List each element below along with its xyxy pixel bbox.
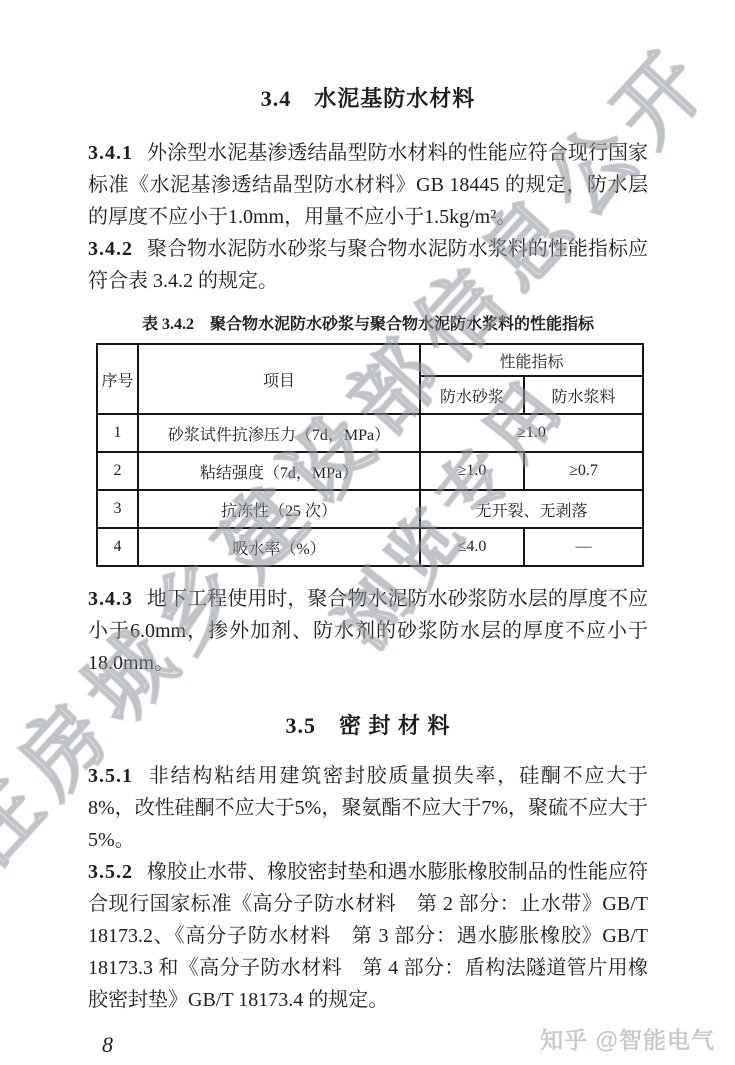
clause-3-5-1-number: 3.5.1 <box>88 765 133 787</box>
table-row: 2 粘结强度（7d，MPa） ≥1.0 ≥0.7 <box>97 452 643 490</box>
row4-item: 吸水率（%） <box>138 528 420 566</box>
clause-3-4-1-number: 3.4.1 <box>88 142 133 164</box>
clause-3-4-1-text: 外涂型水泥基渗透结晶型防水材料的性能应符合现行国家标准《水泥基渗透结晶型防水材料… <box>88 142 648 228</box>
table-row: 4 吸水率（%） ≤4.0 — <box>97 528 643 566</box>
table-header-item: 项目 <box>138 344 420 414</box>
row2-slurry-value: ≥0.7 <box>524 452 643 490</box>
row2-no: 2 <box>97 452 138 490</box>
row1-no: 1 <box>97 414 138 452</box>
clause-3-5-2: 3.5.2橡胶止水带、橡胶密封垫和遇水膨胀橡胶制品的性能应符合现行国家标准《高分… <box>88 856 648 1016</box>
row3-value: 无开裂、无剥落 <box>420 490 643 528</box>
document-page: 住房城乡建设部信息公开 浏览专用 3.4 水泥基防水材料 3.4.1外涂型水泥基… <box>0 0 735 1065</box>
table-3-4-2: 序号 项目 性能指标 防水砂浆 防水浆料 1 砂浆试件抗渗压力（7d，MPa） … <box>96 343 644 567</box>
table-3-4-2-caption: 表 3.4.2 聚合物水泥防水砂浆与聚合物水泥防水浆料的性能指标 <box>88 311 648 334</box>
clause-3-4-1: 3.4.1外涂型水泥基渗透结晶型防水材料的性能应符合现行国家标准《水泥基渗透结晶… <box>88 137 648 233</box>
table-header-performance-index: 性能指标 <box>420 344 643 376</box>
clause-3-4-3-text: 地下工程使用时，聚合物水泥防水砂浆防水层的厚度不应小于6.0mm，掺外加剂、防水… <box>88 588 648 674</box>
clause-3-5-2-number: 3.5.2 <box>88 861 133 883</box>
row4-slurry-value: — <box>524 528 643 566</box>
clause-3-5-1: 3.5.1非结构粘结用建筑密封胶质量损失率，硅酮不应大于8%，改性硅酮不应大于5… <box>88 760 648 856</box>
table-row: 1 砂浆试件抗渗压力（7d，MPa） ≥1.0 <box>97 414 643 452</box>
clause-3-4-3: 3.4.3地下工程使用时，聚合物水泥防水砂浆防水层的厚度不应小于6.0mm，掺外… <box>88 583 648 679</box>
row4-mortar-value: ≤4.0 <box>420 528 524 566</box>
row4-no: 4 <box>97 528 138 566</box>
row3-no: 3 <box>97 490 138 528</box>
row1-value: ≥1.0 <box>420 414 643 452</box>
clause-3-4-2-number: 3.4.2 <box>88 238 133 260</box>
row2-item: 粘结强度（7d，MPa） <box>138 452 420 490</box>
clause-3-5-2-text: 橡胶止水带、橡胶密封垫和遇水膨胀橡胶制品的性能应符合现行国家标准《高分子防水材料… <box>88 861 648 1011</box>
clause-3-4-2-text: 聚合物水泥防水砂浆与聚合物水泥防水浆料的性能指标应符合表 3.4.2 的规定。 <box>88 238 648 292</box>
row3-item: 抗冻性（25 次） <box>138 490 420 528</box>
page-content: 3.4 水泥基防水材料 3.4.1外涂型水泥基渗透结晶型防水材料的性能应符合现行… <box>88 82 648 1058</box>
clause-3-4-2: 3.4.2聚合物水泥防水砂浆与聚合物水泥防水浆料的性能指标应符合表 3.4.2 … <box>88 233 648 297</box>
row2-mortar-value: ≥1.0 <box>420 452 524 490</box>
section-3-4-title: 3.4 水泥基防水材料 <box>88 82 648 113</box>
section-3-5-title: 3.5 密 封 材 料 <box>88 709 648 740</box>
row1-item: 砂浆试件抗渗压力（7d，MPa） <box>138 414 420 452</box>
clause-3-5-1-text: 非结构粘结用建筑密封胶质量损失率，硅酮不应大于8%，改性硅酮不应大于5%，聚氨酯… <box>88 765 648 851</box>
table-header-waterproof-slurry: 防水浆料 <box>524 376 643 414</box>
table-row: 3 抗冻性（25 次） 无开裂、无剥落 <box>97 490 643 528</box>
table-header-no: 序号 <box>97 344 138 414</box>
clause-3-4-3-number: 3.4.3 <box>88 588 133 610</box>
page-number: 8 <box>102 1032 648 1058</box>
table-header-waterproof-mortar: 防水砂浆 <box>420 376 524 414</box>
